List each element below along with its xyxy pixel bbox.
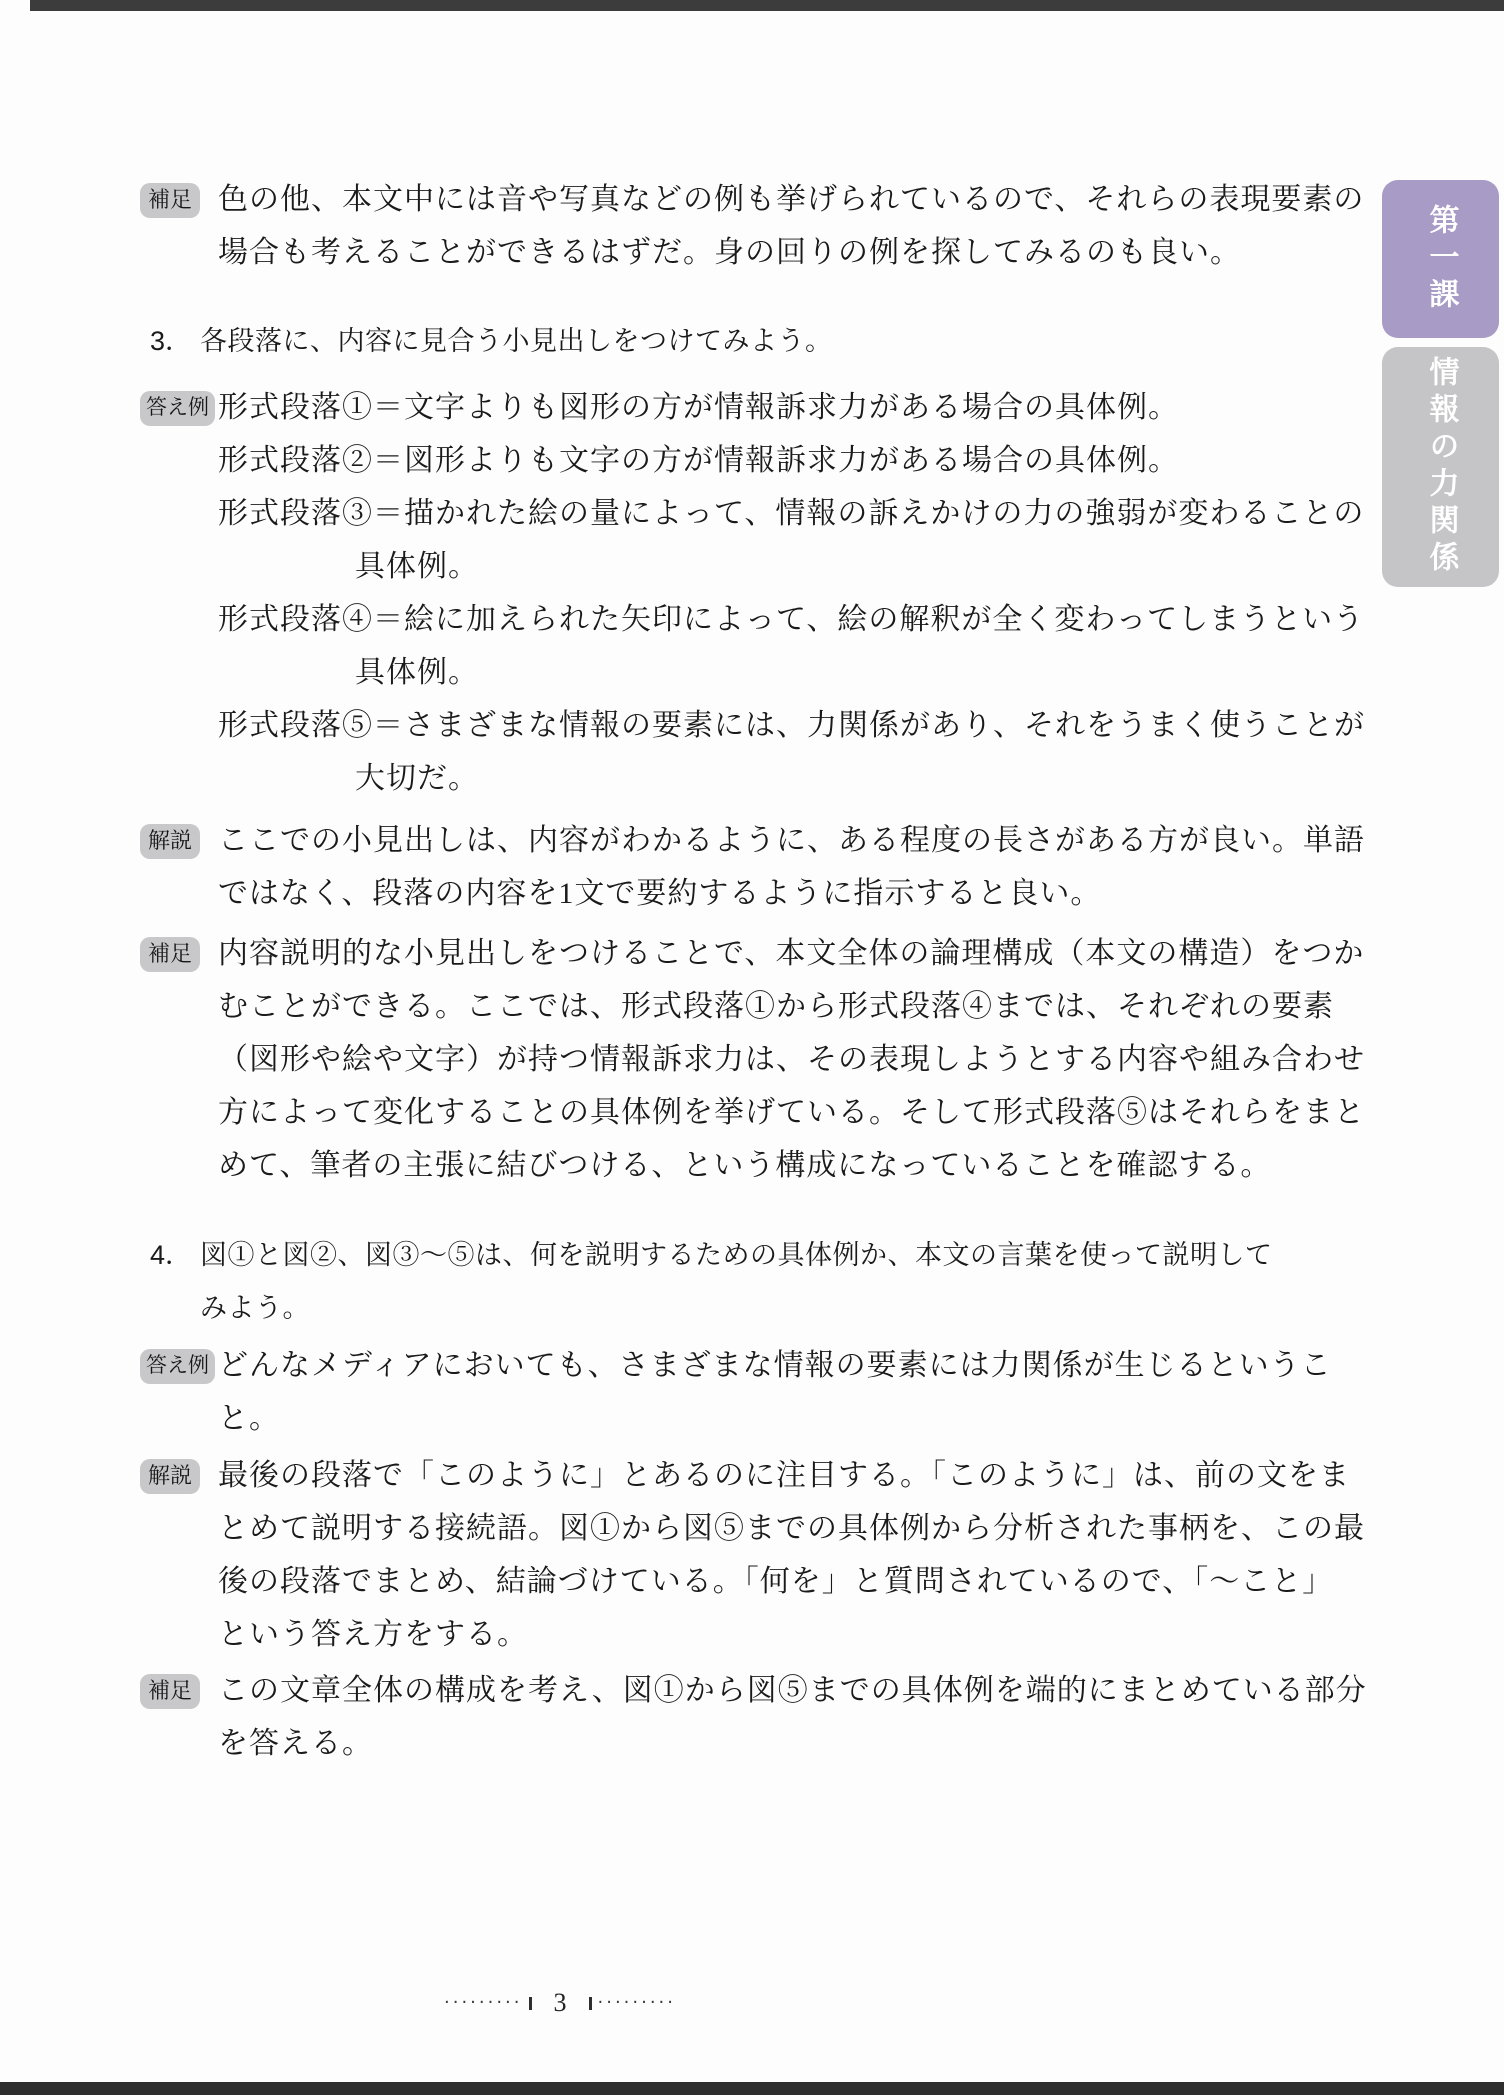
body-line: 形式段落①＝文字よりも図形の方が情報訴求力がある場合の具体例。 (218, 381, 1370, 434)
supplement-badge: 補足 (140, 937, 200, 972)
body-line: めて、筆者の主張に結びつける、という構成になっていることを確認する。 (218, 1139, 1370, 1192)
body-line: 形式段落②＝図形よりも文字の方が情報訴求力がある場合の具体例。 (218, 434, 1370, 487)
supplement-block: 補足 色の他、本文中には音や写真などの例も挙げられているので、それらの表現要素の… (0, 173, 1370, 279)
lesson-tab: 第一課 (1382, 180, 1499, 338)
commentary-block: 解説 最後の段落で「このように」とあるのに注目する。「このように」は、前の文をま… (0, 1449, 1370, 1661)
body-line: と。 (218, 1392, 1370, 1445)
text-lines: 最後の段落で「このように」とあるのに注目する。「このように」は、前の文をま とめ… (218, 1449, 1370, 1661)
body-line: という答え方をする。 (218, 1608, 1370, 1661)
chapter-title-tab: 情報の力関係 (1382, 347, 1499, 587)
chapter-title-label: 情報の力関係 (1419, 356, 1463, 578)
answer-example-badge: 答え例 (140, 1349, 215, 1384)
text-lines: この文章全体の構成を考え、図①から図⑤までの具体例を端的にまとめている部分 を答… (218, 1664, 1370, 1770)
body-line: 内容説明的な小見出しをつけることで、本文全体の論理構成（本文の構造）をつか (218, 927, 1370, 980)
footer-right-dots: ········· (598, 1994, 677, 2012)
page-number: 3 (554, 1990, 567, 2016)
body-line: どんなメディアにおいても、さまざまな情報の要素には力関係が生じるというこ (218, 1339, 1370, 1392)
text-lines: 色の他、本文中には音や写真などの例も挙げられているので、それらの表現要素の 場合… (218, 173, 1370, 279)
text-lines: 形式段落①＝文字よりも図形の方が情報訴求力がある場合の具体例。 形式段落②＝図形… (218, 381, 1370, 805)
body-line: 形式段落⑤＝さまざまな情報の要素には、力関係があり、それをうまく使うことが (218, 699, 1370, 752)
badge-column: 解説 (140, 814, 218, 859)
footer-right-tick (589, 1997, 592, 2010)
commentary-block: 解説 ここでの小見出しは、内容がわかるように、ある程度の長さがある方が良い。単語… (0, 814, 1370, 920)
badge-column: 答え例 (140, 1339, 218, 1384)
text-lines: 図①と図②、図③～⑤は、何を説明するための具体例か、本文の言葉を使って説明して … (200, 1229, 1370, 1335)
main-content: 補足 色の他、本文中には音や写真などの例も挙げられているので、それらの表現要素の… (0, 0, 1370, 1770)
body-line: むことができる。ここでは、形式段落①から形式段落④までは、それぞれの要素 (218, 980, 1370, 1033)
text-lines: 内容説明的な小見出しをつけることで、本文全体の論理構成（本文の構造）をつか むこ… (218, 927, 1370, 1192)
badge-column: 解説 (140, 1449, 218, 1494)
badge-column: 補足 (140, 1664, 218, 1709)
badge-column: 答え例 (140, 381, 218, 426)
text-lines: どんなメディアにおいても、さまざまな情報の要素には力関係が生じるというこ と。 (218, 1339, 1370, 1445)
question-number: 4． (150, 1229, 200, 1335)
body-line: 最後の段落で「このように」とあるのに注目する。「このように」は、前の文をま (218, 1449, 1370, 1502)
body-line: 色の他、本文中には音や写真などの例も挙げられているので、それらの表現要素の (218, 173, 1370, 226)
body-line: ここでの小見出しは、内容がわかるように、ある程度の長さがある方が良い。単語 (218, 814, 1370, 867)
supplement-block: 補足 この文章全体の構成を考え、図①から図⑤までの具体例を端的にまとめている部分… (0, 1664, 1370, 1770)
question-line: みよう。 (200, 1282, 1370, 1335)
body-line: とめて説明する接続語。図①から図⑤までの具体例から分析された事柄を、この最 (218, 1502, 1370, 1555)
question-3: 3． 各段落に、内容に見合う小見出しをつけてみよう。 (150, 315, 1370, 368)
body-line: この文章全体の構成を考え、図①から図⑤までの具体例を端的にまとめている部分 (218, 1664, 1370, 1717)
answer-example-badge: 答え例 (140, 391, 215, 426)
body-line: 形式段落④＝絵に加えられた矢印によって、絵の解釈が全く変わってしまうという (218, 593, 1370, 646)
commentary-badge: 解説 (140, 1459, 200, 1494)
badge-column: 補足 (140, 173, 218, 218)
body-line: （図形や絵や文字）が持つ情報訴求力は、その表現しようとする内容や組み合わせ (218, 1033, 1370, 1086)
text-lines: 各段落に、内容に見合う小見出しをつけてみよう。 (200, 315, 1370, 368)
scanned-textbook-page: 第一課 情報の力関係 補足 色の他、本文中には音や写真などの例も挙げられているの… (0, 0, 1504, 2095)
question-line: 各段落に、内容に見合う小見出しをつけてみよう。 (200, 315, 1370, 368)
body-line: ではなく、段落の内容を1文で要約するように指示すると良い。 (218, 867, 1370, 920)
supplement-block: 補足 内容説明的な小見出しをつけることで、本文全体の論理構成（本文の構造）をつか… (0, 927, 1370, 1192)
footer-left-tick (529, 1997, 532, 2010)
footer-left-dots: ········· (444, 1994, 523, 2012)
question-number: 3． (150, 315, 200, 368)
body-line: 形式段落③＝描かれた絵の量によって、情報の訴えかけの力の強弱が変わることの (218, 487, 1370, 540)
body-line: を答える。 (218, 1717, 1370, 1770)
page-footer: ········· 3 ········· (0, 1990, 1120, 2016)
answer-example-block: 答え例 どんなメディアにおいても、さまざまな情報の要素には力関係が生じるというこ… (0, 1339, 1370, 1445)
body-line: 場合も考えることができるはずだ。身の回りの例を探してみるのも良い。 (218, 226, 1370, 279)
body-line: 具体例。 (218, 540, 1370, 593)
body-line: 後の段落でまとめ、結論づけている。「何を」と質問されているので、「～こと」 (218, 1555, 1370, 1608)
page-edge-bottom (0, 2082, 1504, 2095)
commentary-badge: 解説 (140, 824, 200, 859)
answer-example-block: 答え例 形式段落①＝文字よりも図形の方が情報訴求力がある場合の具体例。 形式段落… (0, 381, 1370, 805)
body-line: 大切だ。 (218, 752, 1370, 805)
body-line: 具体例。 (218, 646, 1370, 699)
supplement-badge: 補足 (140, 183, 200, 218)
lesson-tab-label: 第一課 (1419, 204, 1463, 315)
supplement-badge: 補足 (140, 1674, 200, 1709)
text-lines: ここでの小見出しは、内容がわかるように、ある程度の長さがある方が良い。単語 では… (218, 814, 1370, 920)
badge-column: 補足 (140, 927, 218, 972)
question-4: 4． 図①と図②、図③～⑤は、何を説明するための具体例か、本文の言葉を使って説明… (150, 1229, 1370, 1335)
body-line: 方によって変化することの具体例を挙げている。そして形式段落⑤はそれらをまと (218, 1086, 1370, 1139)
question-line: 図①と図②、図③～⑤は、何を説明するための具体例か、本文の言葉を使って説明して (200, 1229, 1370, 1282)
